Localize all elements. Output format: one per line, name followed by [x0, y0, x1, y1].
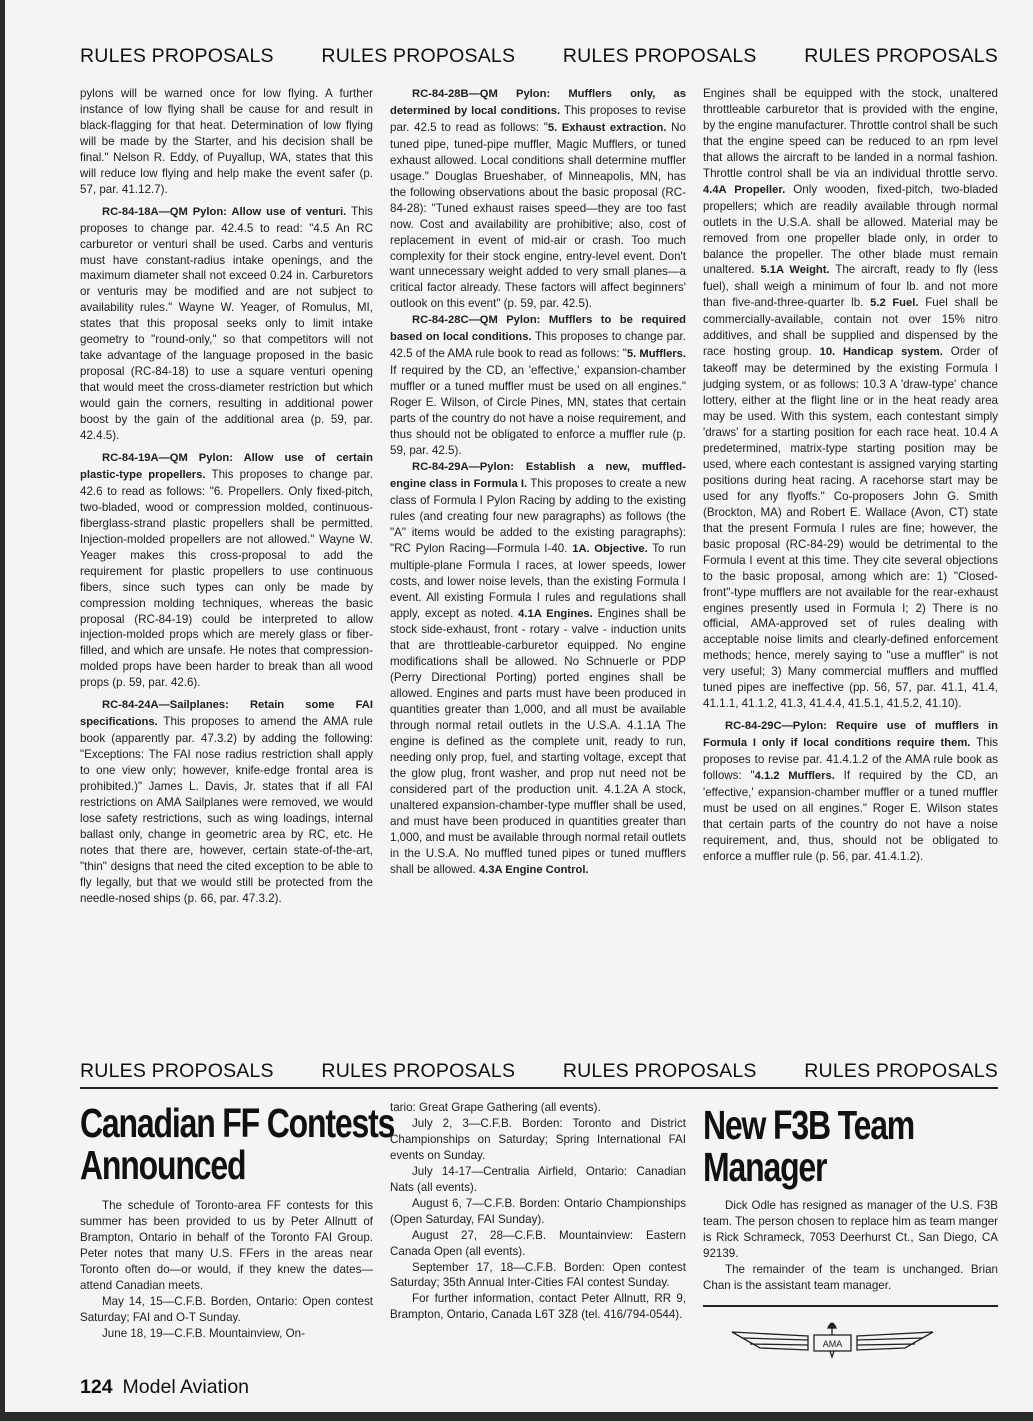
- proposal-rc-84-28c: RC-84-28C—QM Pylon: Mufflers to be requi…: [390, 312, 686, 459]
- f3b-headline: New F3B Team Manager: [703, 1104, 974, 1188]
- running-head: RULES PROPOSALS: [321, 1060, 515, 1083]
- event-item: tario: Great Grape Gathering (all events…: [390, 1100, 686, 1116]
- section-divider: [80, 1087, 998, 1089]
- running-head: RULES PROPOSALS: [321, 45, 515, 68]
- event-item: August 6, 7—C.F.B. Borden: Ontario Champ…: [390, 1196, 686, 1228]
- scan-left-border: [0, 0, 5, 1421]
- event-item: May 14, 15—C.F.B. Borden, Ontario: Open …: [80, 1294, 373, 1326]
- article-intro: The schedule of Toronto-area FF contests…: [80, 1198, 373, 1294]
- proposal-rc-84-18a: RC-84-18A—QM Pylon: Allow use of venturi…: [80, 204, 373, 444]
- paragraph: Dick Odle has resigned as manager of the…: [703, 1198, 998, 1262]
- ama-wings-logo-icon: AMA: [730, 1320, 935, 1370]
- running-head: RULES PROPOSALS: [80, 45, 274, 68]
- page-number: 124: [80, 1376, 113, 1398]
- running-head-top: RULES PROPOSALS RULES PROPOSALS RULES PR…: [80, 45, 998, 68]
- paragraph: The remainder of the team is unchanged. …: [703, 1262, 998, 1294]
- running-head: RULES PROPOSALS: [804, 45, 998, 68]
- paragraph: pylons will be warned once for low flyin…: [80, 86, 373, 198]
- event-item: July 2, 3—C.F.B. Borden: Toronto and Dis…: [390, 1116, 686, 1164]
- running-head: RULES PROPOSALS: [804, 1060, 998, 1083]
- event-item: August 27, 28—C.F.B. Mountainview: Easte…: [390, 1228, 686, 1260]
- paragraph: Engines shall be equipped with the stock…: [703, 86, 998, 712]
- article-end-rule: [703, 1305, 998, 1307]
- svg-text:AMA: AMA: [823, 1339, 843, 1349]
- event-item: July 14-17—Centralia Airfield, Ontario: …: [390, 1164, 686, 1196]
- f3b-article-body: Dick Odle has resigned as manager of the…: [703, 1198, 998, 1294]
- canadian-article-col-2: tario: Great Grape Gathering (all events…: [390, 1100, 686, 1323]
- running-head: RULES PROPOSALS: [563, 45, 757, 68]
- proposal-rc-84-29c: RC-84-29C—Pylon: Require use of mufflers…: [703, 718, 998, 865]
- proposal-heading: RC-84-18A—QM Pylon: Allow use of venturi…: [102, 206, 346, 218]
- page-footer: 124Model Aviation: [80, 1376, 249, 1399]
- proposal-rc-84-19a: RC-84-19A—QM Pylon: Allow use of certain…: [80, 450, 373, 691]
- scan-bottom-border: [0, 1412, 1033, 1421]
- running-head-bottom: RULES PROPOSALS RULES PROPOSALS RULES PR…: [80, 1060, 998, 1083]
- magazine-title: Model Aviation: [123, 1376, 249, 1398]
- canadian-article-col-1: The schedule of Toronto-area FF contests…: [80, 1198, 373, 1342]
- running-head: RULES PROPOSALS: [563, 1060, 757, 1083]
- rules-column-2: RC-84-28B—QM Pylon: Mufflers only, as de…: [390, 86, 686, 879]
- event-item: September 17, 18—C.F.B. Borden: Open con…: [390, 1260, 686, 1292]
- rules-column-1: pylons will be warned once for low flyin…: [80, 86, 373, 907]
- event-item: June 18, 19—C.F.B. Mountainview, On-: [80, 1326, 373, 1342]
- contact-info: For further information, contact Peter A…: [390, 1291, 686, 1323]
- rules-column-3: Engines shall be equipped with the stock…: [703, 86, 998, 865]
- proposal-rc-84-24a: RC-84-24A—Sailplanes: Retain some FAI sp…: [80, 697, 373, 906]
- proposal-rc-84-29a: RC-84-29A—Pylon: Establish a new, muffle…: [390, 459, 686, 879]
- proposal-rc-84-28b: RC-84-28B—QM Pylon: Mufflers only, as de…: [390, 86, 686, 312]
- proposal-heading: RC-84-29C—Pylon: Require use of mufflers…: [703, 720, 998, 749]
- running-head: RULES PROPOSALS: [80, 1060, 274, 1083]
